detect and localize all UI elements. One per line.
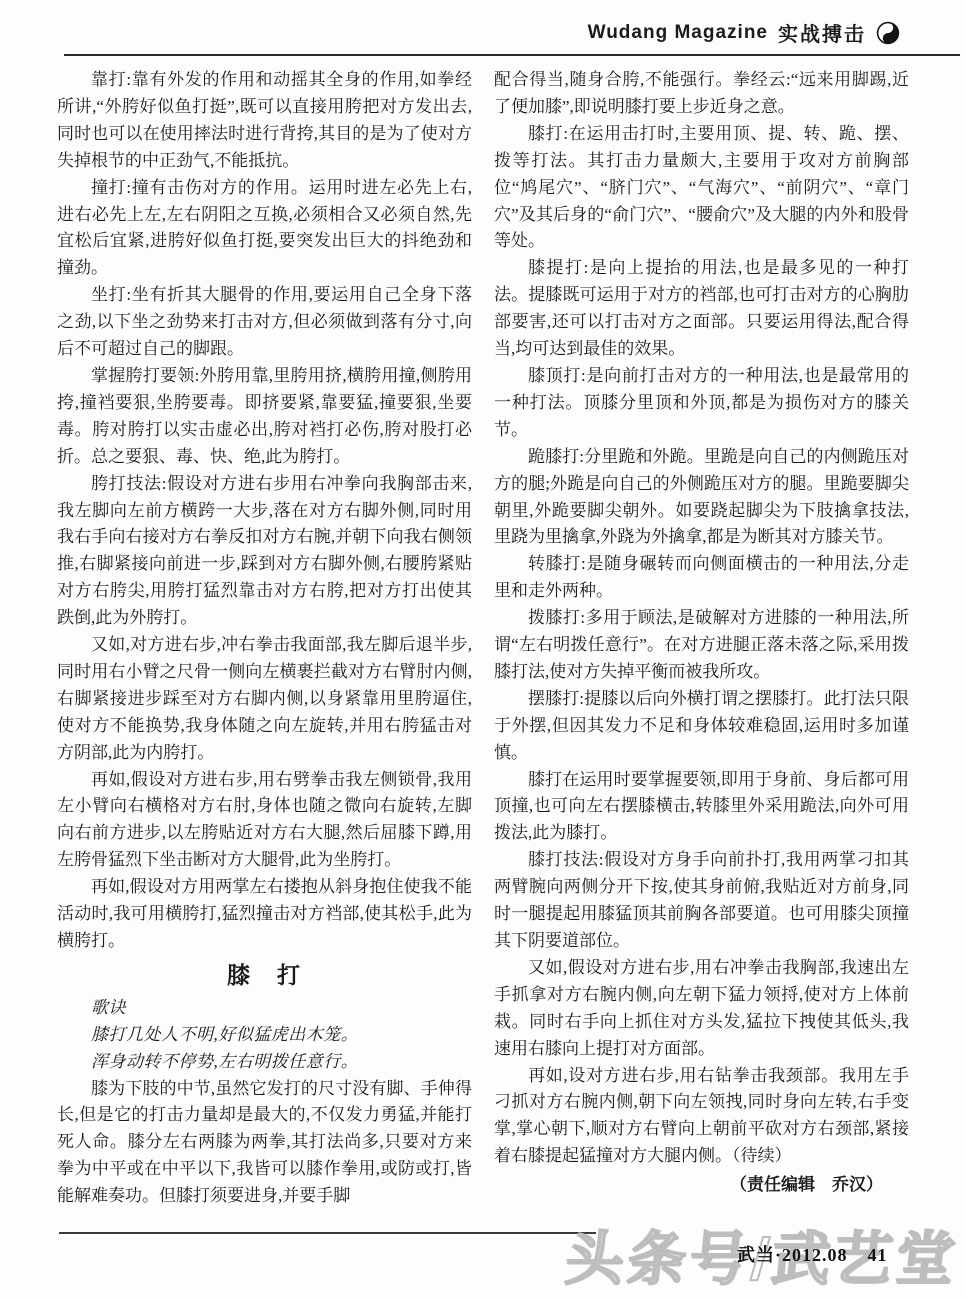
article-body: 靠打:靠有外发的作用和动摇其全身的作用,如拳经所讲,“外胯好似鱼打挺”,既可以直… xyxy=(57,67,909,1231)
body-paragraph: 又如,假设对方进右步,用右冲拳击我胸部,我速出左手抓拿对方右腕内侧,向左朝下猛力… xyxy=(494,955,909,1063)
body-paragraph: 转膝打:是随身碾转而向侧面横击的一种用法,分走里和走外两种。 xyxy=(494,551,909,605)
body-paragraph: 膝打技法:假设对方身手向前扑打,我用两掌刁扣其两臂腕向两侧分开下按,使其身前俯,… xyxy=(494,847,909,955)
page-info: 武当·2012.08 41 xyxy=(737,1241,888,1267)
body-paragraph: 膝打在运用时要掌握要领,即用于身前、身后都可用顶撞,也可向左右摆膝横击,转膝里外… xyxy=(494,767,909,848)
body-paragraph: 胯打技法:假设对方进右步用右冲拳向我胸部击来,我左脚向左前方横跨一大步,落在对方… xyxy=(57,471,472,632)
footer-divider xyxy=(59,1232,596,1234)
verse-label: 歌诀 xyxy=(57,995,472,1022)
yinyang-icon xyxy=(876,21,900,45)
body-paragraph: 再如,假设对方用两掌左右搂抱从斜身抱住使我不能活动时,我可用横胯打,猛烈撞击对方… xyxy=(57,874,472,955)
body-paragraph: 掌握胯打要领:外胯用靠,里胯用挤,横胯用撞,侧胯用挎,撞裆要狠,坐胯要毒。即挤要… xyxy=(57,363,472,471)
editor-note: （责任编辑 乔汉） xyxy=(494,1172,909,1199)
left-paragraphs: 靠打:靠有外发的作用和动摇其全身的作用,如拳经所讲,“外胯好似鱼打挺”,既可以直… xyxy=(57,67,472,955)
body-paragraph: 膝打:在运用击打时,主要用顶、提、转、跪、摆、拨等打法。其打击力量颇大,主要用于… xyxy=(494,121,909,256)
body-paragraph: 坐打:坐有折其大腿骨的作用,要运用自己全身下落之劲,以下坐之劲势来打击对方,但必… xyxy=(57,282,472,363)
body-paragraph: 靠打:靠有外发的作用和动摇其全身的作用,如拳经所讲,“外胯好似鱼打挺”,既可以直… xyxy=(57,67,472,175)
issue-info: 武当·2012.08 xyxy=(737,1241,848,1267)
verse-line: 膝打几处人不明,好似猛虎出木笼。 xyxy=(57,1022,472,1049)
page-number: 41 xyxy=(868,1245,888,1266)
page-header: Wudang Magazine 实战搏击 xyxy=(588,18,900,47)
body-paragraph: 膝提打:是向上提抬的用法,也是最多见的一种打法。提膝既可运用于对方的裆部,也可打… xyxy=(494,255,909,363)
right-paragraphs: 膝打:在运用击打时,主要用顶、提、转、跪、摆、拨等打法。其打击力量颇大,主要用于… xyxy=(494,121,909,1170)
continuation-paragraph: 配合得当,随身合胯,不能强行。拳经云:“远来用脚踢,近了便加膝”,即说明膝打要上… xyxy=(494,67,909,121)
verse-lines: 膝打几处人不明,好似猛虎出木笼。浑身动转不停势,左右明拨任意行。 xyxy=(57,1022,472,1076)
left-column: 靠打:靠有外发的作用和动摇其全身的作用,如拳经所讲,“外胯好似鱼打挺”,既可以直… xyxy=(57,67,472,1231)
closing-paragraph: 膝为下肢的中节,虽然它发打的尺寸没有脚、手伸得长,但是它的打击力量却是最大的,不… xyxy=(57,1076,472,1211)
body-paragraph: 摆膝打:提膝以后向外横打谓之摆膝打。此打法只限于外摆,但因其发力不足和身体较难稳… xyxy=(494,686,909,767)
magazine-name: Wudang Magazine xyxy=(588,22,768,44)
body-paragraph: 撞打:撞有击伤对方的作用。运用时进左必先上右,进右必先上左,左右阴阳之互换,必须… xyxy=(57,175,472,283)
body-paragraph: 再如,设对方进右步,用右钻拳击我颈部。我用左手刁抓对方右腕内侧,朝下向左领拽,同… xyxy=(494,1063,909,1171)
body-paragraph: 又如,对方进右步,冲右拳击我面部,我左脚后退半步,同时用右小臂之尺骨一侧向左横裹… xyxy=(57,632,472,767)
verse-line: 浑身动转不停势,左右明拨任意行。 xyxy=(57,1049,472,1076)
body-paragraph: 再如,假设对方进右步,用右劈拳击我左侧锁骨,我用左小臂向右横格对方右肘,身体也随… xyxy=(57,767,472,875)
magazine-page: Wudang Magazine 实战搏击 靠打:靠有外发的作用和动摇其全身的作用… xyxy=(0,0,966,1299)
right-column: 配合得当,随身合胯,不能强行。拳经云:“远来用脚踢,近了便加膝”,即说明膝打要上… xyxy=(494,67,909,1231)
section-title: 实战搏击 xyxy=(778,18,866,47)
body-paragraph: 膝顶打:是向前打击对方的一种用法,也是最常用的一种打法。顶膝分里顶和外顶,都是为… xyxy=(494,363,909,444)
body-paragraph: 拨膝打:多用于顾法,是破解对方进膝的一种用法,所谓“左右明拨任意行”。在对方进腿… xyxy=(494,605,909,686)
section-heading-knee-strike: 膝 打 xyxy=(57,962,472,989)
body-paragraph: 跪膝打:分里跪和外跪。里跪是向自己的内侧跪压对方的腿;外跪是向自己的外侧跪压对方… xyxy=(494,444,909,552)
header-divider xyxy=(64,54,960,56)
